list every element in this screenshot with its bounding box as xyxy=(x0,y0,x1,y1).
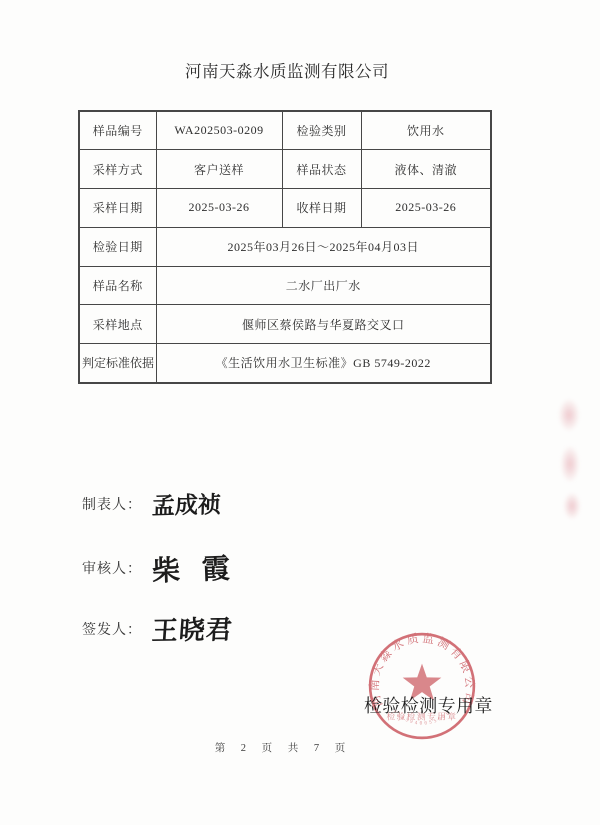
company-title: 河南天淼水质监测有限公司 xyxy=(0,58,574,82)
issuer-row: 签发人： 王晓君 xyxy=(82,610,233,647)
field-label: 检验类别 xyxy=(282,111,361,150)
field-value: 饮用水 xyxy=(361,111,491,150)
sample-info-table: 样品编号 WA202503-0209 检验类别 饮用水 采样方式 客户送样 样品… xyxy=(78,110,492,384)
ink-bleedthrough-mark xyxy=(558,398,580,432)
reviewer-signature: 柴 霞 xyxy=(151,547,236,590)
field-value: 偃师区蔡侯路与华夏路交叉口 xyxy=(156,305,491,344)
table-row: 检验日期 2025年03月26日～2025年04月03日 xyxy=(79,227,491,266)
page-footer: 第 2 页 共 7 页 xyxy=(0,740,564,755)
field-value: 2025-03-26 xyxy=(156,189,282,228)
table-row: 样品编号 WA202503-0209 检验类别 饮用水 xyxy=(79,111,491,150)
field-label: 样品状态 xyxy=(282,150,361,189)
reviewer-label: 审核人： xyxy=(82,558,142,578)
field-label: 样品编号 xyxy=(79,111,156,150)
field-value: 《生活饮用水卫生标准》GB 5749-2022 xyxy=(156,344,491,383)
official-stamp: 河南天淼水质监测有限公司 检验检测专用章 4103940055600 xyxy=(363,627,481,745)
field-value: 2025-03-26 xyxy=(361,189,491,228)
field-value: 2025年03月26日～2025年04月03日 xyxy=(156,227,491,266)
field-label: 判定标准依据 xyxy=(79,344,156,383)
field-label: 检验日期 xyxy=(79,227,156,266)
table-row: 采样日期 2025-03-26 收样日期 2025-03-26 xyxy=(79,189,491,228)
field-label: 样品名称 xyxy=(79,266,156,305)
preparer-signature: 孟成祯 xyxy=(152,486,222,521)
field-value: WA202503-0209 xyxy=(156,111,282,150)
field-value: 客户送样 xyxy=(156,150,282,189)
field-label: 采样方式 xyxy=(79,150,156,189)
field-label: 收样日期 xyxy=(282,189,361,228)
stamp-caption: 检验检测专用章 xyxy=(364,692,494,718)
issuer-label: 签发人： xyxy=(82,619,142,639)
table-row: 采样方式 客户送样 样品状态 液体、清澈 xyxy=(79,150,491,189)
table-row: 采样地点 偃师区蔡侯路与华夏路交叉口 xyxy=(79,305,491,344)
field-value: 液体、清澈 xyxy=(361,150,491,189)
preparer-row: 制表人： 孟成祯 xyxy=(82,487,221,520)
ink-bleedthrough-mark xyxy=(560,445,580,483)
issuer-signature: 王晓君 xyxy=(151,609,235,647)
field-label: 采样日期 xyxy=(79,189,156,228)
reviewer-row: 审核人： 柴 霞 xyxy=(82,548,236,588)
table-row: 判定标准依据 《生活饮用水卫生标准》GB 5749-2022 xyxy=(79,344,491,383)
preparer-label: 制表人： xyxy=(82,494,142,514)
table-row: 样品名称 二水厂出厂水 xyxy=(79,266,491,305)
stamp-seal-icon: 河南天淼水质监测有限公司 检验检测专用章 4103940055600 xyxy=(363,627,481,745)
ink-bleedthrough-mark xyxy=(563,492,581,520)
field-value: 二水厂出厂水 xyxy=(156,266,491,305)
scanned-report-page: 河南天淼水质监测有限公司 样品编号 WA202503-0209 检验类别 饮用水… xyxy=(0,0,600,825)
field-label: 采样地点 xyxy=(79,305,156,344)
